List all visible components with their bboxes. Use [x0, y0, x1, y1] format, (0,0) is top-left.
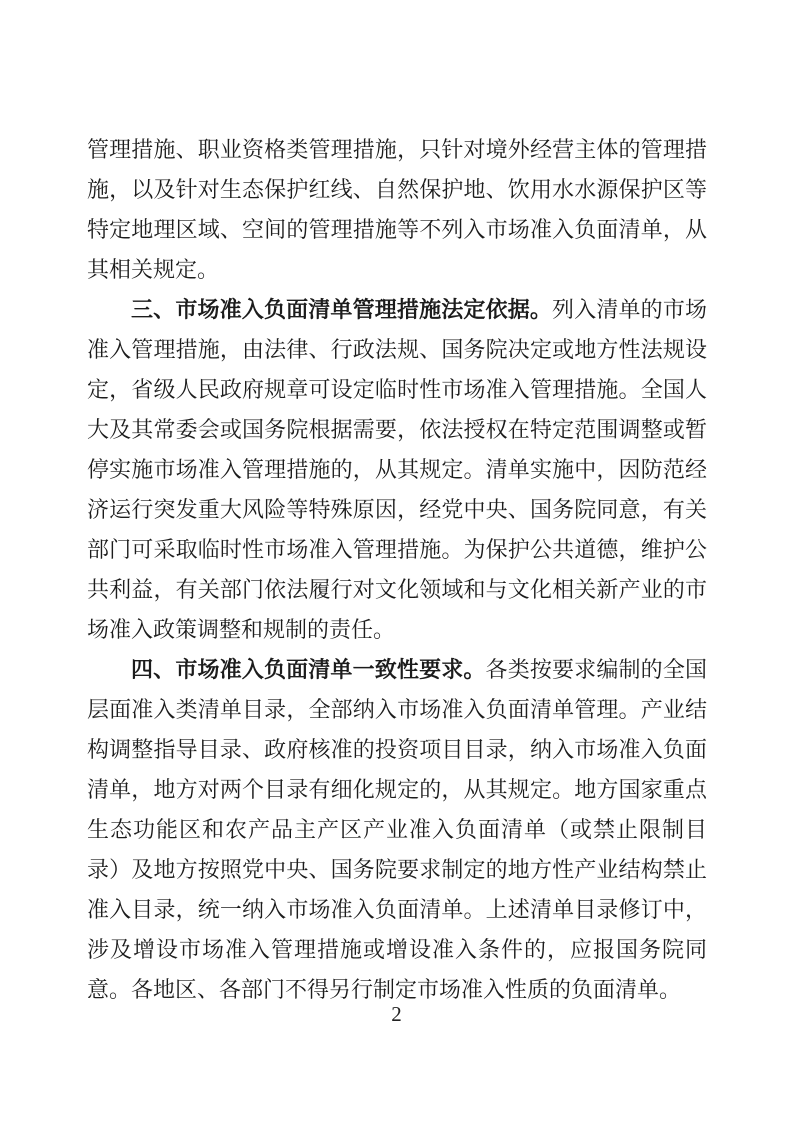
paragraph-heading: 四、市场准入负面清单一致性要求。 [131, 657, 486, 682]
paragraph-section-3: 三、市场准入负面清单管理措施法定依据。列入清单的市场准入管理措施，由法律、行政法… [87, 290, 707, 650]
paragraph-continuation: 管理措施、职业资格类管理措施，只针对境外经营主体的管理措施，以及针对生态保护红线… [87, 130, 707, 290]
document-page: 管理措施、职业资格类管理措施，只针对境外经营主体的管理措施，以及针对生态保护红线… [0, 0, 793, 1122]
paragraph-text: 管理措施、职业资格类管理措施，只针对境外经营主体的管理措施，以及针对生态保护红线… [87, 137, 707, 282]
page-number: 2 [0, 1002, 793, 1027]
paragraph-section-4: 四、市场准入负面清单一致性要求。各类按要求编制的全国层面准入类清单目录，全部纳入… [87, 650, 707, 1010]
paragraph-text: 各类按要求编制的全国层面准入类清单目录，全部纳入市场准入负面清单管理。产业结构调… [87, 657, 707, 1002]
document-body: 管理措施、职业资格类管理措施，只针对境外经营主体的管理措施，以及针对生态保护红线… [87, 130, 707, 1010]
paragraph-text: 列入清单的市场准入管理措施，由法律、行政法规、国务院决定或地方性法规设定，省级人… [87, 297, 707, 642]
paragraph-heading: 三、市场准入负面清单管理措施法定依据。 [131, 297, 552, 322]
